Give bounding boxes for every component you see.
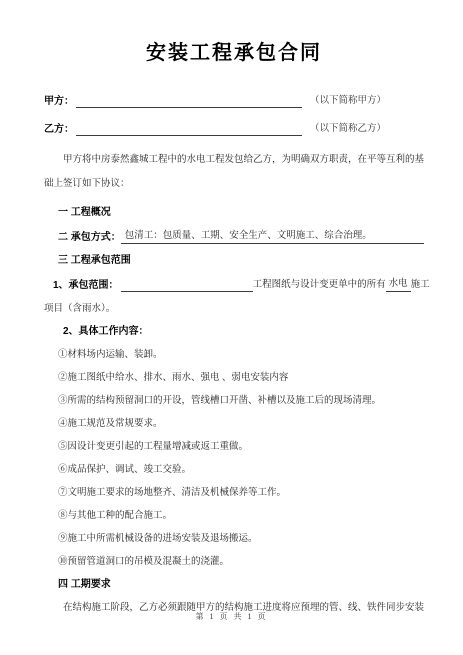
scope-text: 工程图纸与设计变更单中的所有 (253, 279, 386, 292)
work-item: ⑥成品保护、调试、竣工交验。 (58, 464, 424, 476)
document-title: 安装工程承包合同 (44, 40, 424, 67)
scope-row: 1、承包范围： 工程图纸与设计变更单中的所有 水电 施工 (44, 278, 424, 292)
party-a-row: 甲方： （以下简称甲方） (44, 95, 424, 108)
section-2-content: 包清工：包质量、工期、安全生产、文明施工、综合治理。 (121, 230, 424, 244)
scope-label: 1、承包范围： (53, 280, 119, 292)
party-a-blank-field[interactable] (76, 96, 302, 108)
party-b-row: 乙方： （以下简称乙方） (44, 123, 424, 136)
party-a-label: 甲方： (44, 95, 74, 108)
section-2-heading: 二 承包方式： (58, 232, 121, 244)
work-item: ⑧与其他工种的配合施工。 (58, 510, 424, 522)
work-item: ①材料场内运输、装卸。 (58, 349, 424, 361)
scope-underlined-value: 水电 (386, 278, 411, 292)
work-item: ④施工规范及常规要求。 (58, 418, 424, 430)
page-footer: 第 1 页 共 1 页 (0, 611, 463, 622)
work-content-label: 2、具体工作内容： (63, 326, 424, 338)
scope-continuation: 项目（含雨水）。 (44, 303, 424, 315)
work-item: ⑨施工中所需机械设备的进场安装及退场搬运。 (58, 533, 424, 545)
work-item: ⑩预留管道洞口的吊模及混凝土的浇灌。 (58, 556, 424, 568)
party-b-note: （以下简称乙方） (310, 123, 386, 136)
section-4-heading: 四 工期要求 (58, 579, 424, 591)
party-b-label: 乙方： (44, 123, 74, 136)
contract-page: 安装工程承包合同 甲方： （以下简称甲方） 乙方： （以下简称乙方） 甲方将中房… (0, 0, 463, 655)
party-b-blank-field[interactable] (76, 124, 302, 136)
section-2-row: 二 承包方式： 包清工：包质量、工期、安全生产、文明施工、综合治理。 (44, 230, 424, 244)
intro-paragraph: 甲方将中房泰然鑫城工程中的水电工程发包给乙方，为明确双方职责，在平等互利的基础上… (44, 148, 424, 196)
work-item-list: ①材料场内运输、装卸。 ②施工图纸中给水、排水、雨水、强电 、弱电安装内容 ③所… (44, 349, 424, 568)
scope-blank-field[interactable] (121, 280, 253, 292)
scope-tail: 施工 (411, 279, 430, 292)
work-item: ⑤因设计变更引起的工程量增减或返工重做。 (58, 441, 424, 453)
section-1-heading: 一 工程概况 (58, 207, 424, 219)
work-item: ③所需的结构预留洞口的开设，管线槽口开凿、补槽以及施工后的现场清理。 (58, 395, 424, 407)
section-3-heading: 三 工程承包范围 (58, 255, 424, 267)
party-a-note: （以下简称甲方） (310, 95, 386, 108)
work-item: ②施工图纸中给水、排水、雨水、强电 、弱电安装内容 (58, 372, 424, 384)
work-item: ⑦文明施工要求的场地整齐、清洁及机械保养等工作。 (58, 487, 424, 499)
